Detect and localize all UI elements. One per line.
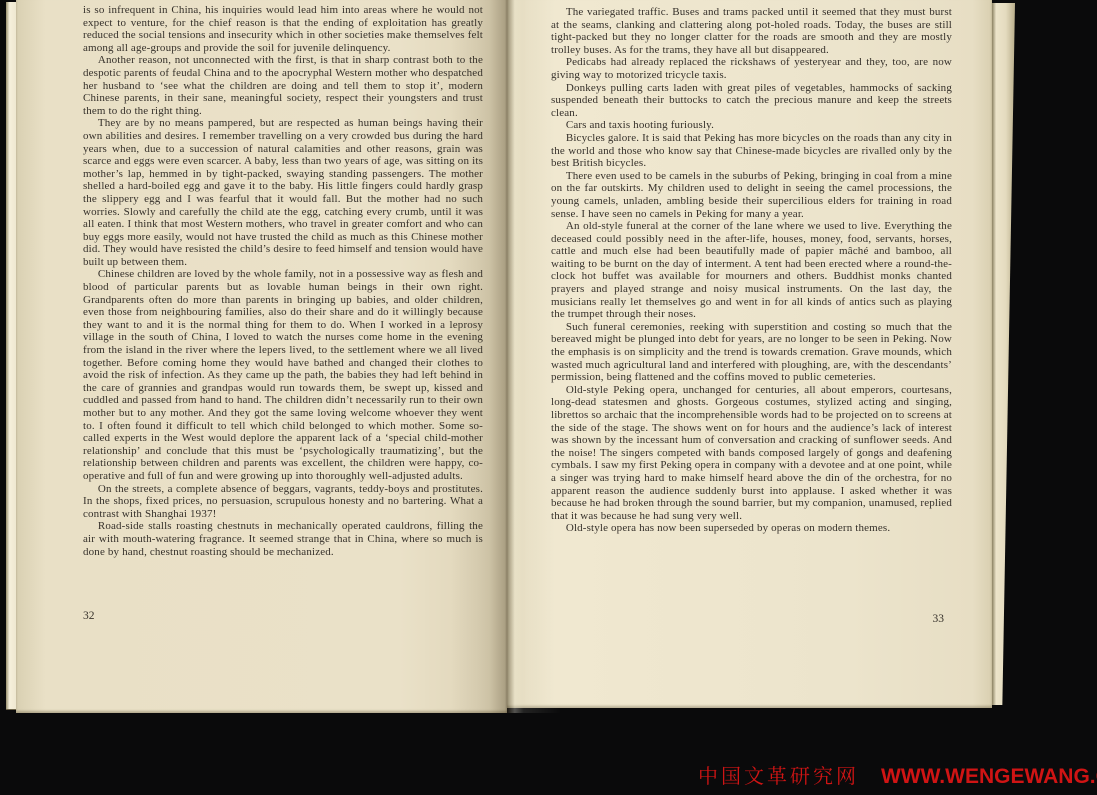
right-page-text: The variegated traffic. Buses and trams … [551,6,952,535]
paragraph: Bicycles galore. It is said that Peking … [551,132,952,170]
left-page-number: 32 [83,610,95,622]
paragraph: On the streets, a complete absence of be… [83,483,483,521]
paragraph: Such funeral ceremonies, reeking with su… [551,321,952,384]
paragraph: The variegated traffic. Buses and trams … [551,6,952,56]
paragraph: Old-style opera has now been superseded … [551,522,952,535]
paragraph: There even used to be camels in the subu… [551,170,952,220]
right-page-stack-edge [992,3,1015,705]
scanner-background: is so infrequent in China, his inquiries… [0,0,1097,795]
watermark-chinese-text: 中国文革研究网 [698,760,859,789]
paragraph: Chinese children are loved by the whole … [83,268,483,482]
paragraph: Donkeys pulling carts laden with great p… [551,82,952,120]
right-page: The variegated traffic. Buses and trams … [507,0,992,708]
paragraph: They are by no means pampered, but are r… [83,117,483,268]
paragraph: Cars and taxis hooting furiously. [551,119,952,132]
left-page: is so infrequent in China, his inquiries… [16,0,507,713]
paragraph: Road-side stalls roasting chestnuts in m… [83,520,483,558]
paragraph: Old-style Peking opera, unchanged for ce… [551,384,952,523]
right-page-number: 33 [551,613,944,625]
watermark-url-text: WWW.WENGEWANG.ORG [881,765,1097,789]
left-page-stack-edge [6,2,16,710]
paragraph: Another reason, not unconnected with the… [83,54,483,117]
paragraph: Pedicabs had already replaced the ricksh… [551,56,952,81]
book-spread: is so infrequent in China, his inquiries… [6,0,1010,714]
left-page-text: is so infrequent in China, his inquiries… [83,4,483,558]
watermark: 中国文革研究网 WWW.WENGEWANG.ORG [698,760,1093,789]
paragraph: is so infrequent in China, his inquiries… [83,4,483,54]
paragraph: An old-style funeral at the corner of th… [551,220,952,321]
